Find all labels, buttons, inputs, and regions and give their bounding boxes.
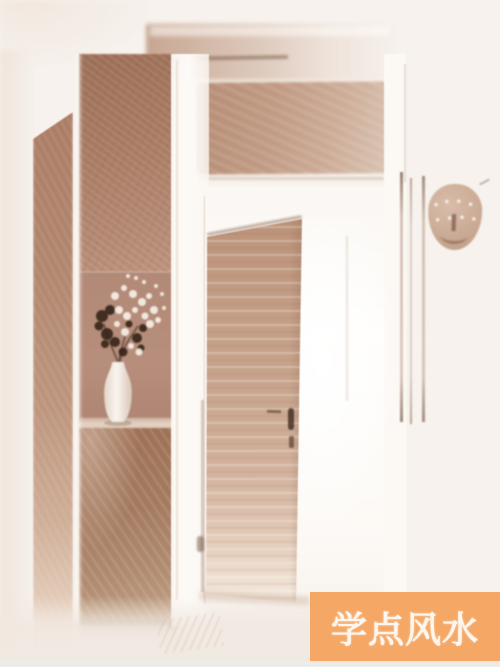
watermark-caption: 学点风水: [310, 592, 500, 663]
jamb-edge-line: [176, 60, 178, 600]
door-hinge: [197, 536, 204, 552]
transom-panel: [196, 81, 387, 174]
door-hinge-gap: [201, 400, 204, 592]
wall-sconce: [427, 183, 483, 251]
right-jamb-edge-line: [404, 64, 406, 182]
leaning-frame-line-2: [410, 178, 412, 424]
door-key-dash: [267, 410, 281, 413]
door-handle: [288, 408, 294, 430]
opening-inner-edge: [346, 236, 348, 401]
vase: [104, 362, 132, 422]
leaning-frame-line-3: [422, 176, 425, 422]
leaning-frame-line-1: [400, 172, 403, 422]
painting-canvas: 学点风水: [0, 0, 500, 667]
transom-underline: [198, 177, 384, 180]
door-keyhole: [289, 436, 294, 448]
watercolor-artwork: [0, 0, 500, 667]
left-wall-wash: [0, 50, 36, 650]
cabinet-upper-panel: [79, 54, 173, 272]
flower-vase-group: [78, 268, 174, 428]
bottom-edge-strip: [0, 661, 500, 667]
lintel-highlight: [150, 26, 390, 36]
sconce-mount-line: [479, 179, 490, 186]
cabinet-side-panel: [33, 112, 73, 652]
